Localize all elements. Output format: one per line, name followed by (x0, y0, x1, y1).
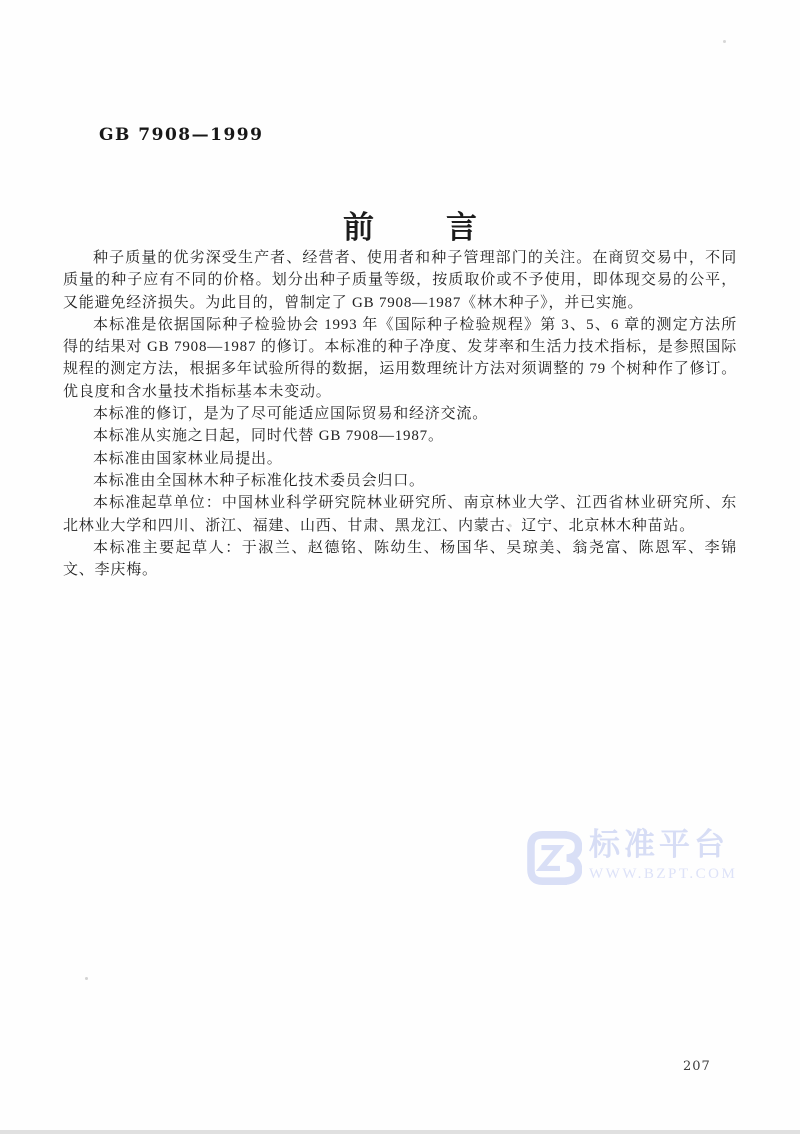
foreword-body: 种子质量的优劣深受生产者、经营者、使用者和种子管理部门的关注。在商贸交易中，不同… (63, 247, 737, 581)
foreword-title: 前 言 (73, 202, 747, 247)
foreword-paragraph: 本标准是依据国际种子检验协会 1993 年《国际种子检验规程》第 3、5、6 章… (63, 314, 737, 403)
bzpt-logo-icon (524, 827, 582, 889)
foreword-paragraph: 本标准由全国林木种子标准化技术委员会归口。 (63, 470, 737, 492)
page-number: 207 (683, 1059, 711, 1074)
scan-bottom-edge (0, 1130, 800, 1134)
foreword-paragraph: 种子质量的优劣深受生产者、经营者、使用者和种子管理部门的关注。在商贸交易中，不同… (63, 247, 737, 314)
foreword-title-char-2: 言 (446, 202, 477, 247)
standard-doc-number: GB 7908—1999 (99, 125, 263, 145)
scan-speck (85, 977, 88, 980)
bzpt-watermark: 标准平台 WWW.BZPT.COM (524, 827, 737, 889)
watermark-url-text: WWW.BZPT.COM (589, 866, 737, 883)
watermark-text-block: 标准平台 WWW.BZPT.COM (589, 827, 737, 883)
foreword-paragraph: 本标准主要起草人：于淑兰、赵德铭、陈幼生、杨国华、吴琼美、翁尧富、陈恩军、李锦文… (63, 537, 737, 582)
foreword-paragraph: 本标准由国家林业局提出。 (63, 448, 737, 470)
scanned-document-page: GB 7908—1999 前 言 种子质量的优劣深受生产者、经营者、使用者和种子… (0, 0, 800, 1134)
scan-speck (723, 40, 726, 43)
foreword-paragraph: 本标准起草单位：中国林业科学研究院林业研究所、南京林业大学、江西省林业研究所、东… (63, 492, 737, 537)
foreword-paragraph: 本标准从实施之日起，同时代替 GB 7908—1987。 (63, 425, 737, 447)
foreword-paragraph: 本标准的修订，是为了尽可能适应国际贸易和经济交流。 (63, 403, 737, 425)
foreword-title-char-1: 前 (343, 202, 374, 247)
watermark-brand-text: 标准平台 (589, 827, 737, 863)
